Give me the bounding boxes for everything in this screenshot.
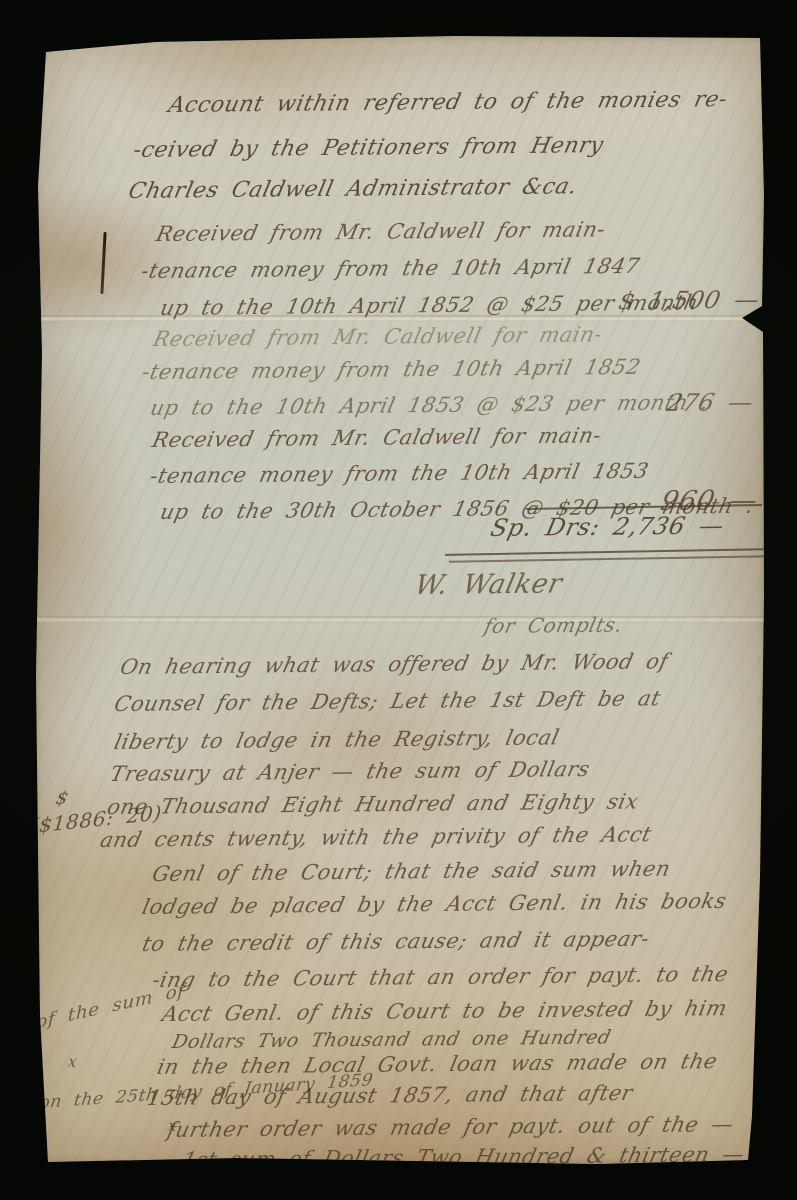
order-line: Counsel for the Defts; Let the 1st Deft … <box>112 686 663 716</box>
order-line: to the credit of this cause; and it appe… <box>140 927 652 956</box>
entry-line: -tenance money from the 10th April 1852 <box>140 355 643 384</box>
signature-role: for Complts. <box>482 613 625 638</box>
total-label: Sp. Drs: <box>488 513 603 542</box>
heading-line: Charles Caldwell Administrator &ca. <box>126 174 579 204</box>
paper-tear <box>100 232 106 294</box>
order-line: -ing to the Court that an order for payt… <box>150 962 731 992</box>
margin-dollar-symbol: $ <box>54 788 71 809</box>
total-rule-bottom <box>445 548 773 556</box>
total-rule-bottom <box>449 555 771 563</box>
total-value: 2,736 — <box>611 512 727 541</box>
order-line: 1st sum of Dollars Two Hundred & thirtee… <box>180 1142 747 1172</box>
heading-line: Account within referred to of the monies… <box>166 87 730 118</box>
order-line: further order was made for payt. out of … <box>165 1112 736 1142</box>
amount-value: 276 — — <box>664 388 795 417</box>
entry-line: Received from Mr. Caldwell for main- <box>150 423 604 452</box>
order-line: liberty to lodge in the Registry, local <box>112 725 562 754</box>
order-line: and cents twenty, with the privity of th… <box>98 822 654 852</box>
insertion-caret-mark: x <box>66 1052 80 1071</box>
amount-value: $ 1,500 — — <box>616 285 797 315</box>
entry-line: Received from Mr. Caldwell for main- <box>154 217 608 246</box>
entry-line: -tenance money from the 10th April 1847 <box>139 254 642 283</box>
entry-line: up to the 10th April 1853 @ $23 per mont… <box>148 390 711 420</box>
order-line: one Thousand Eight Hundred and Eighty si… <box>105 789 641 819</box>
manuscript-page: Account within referred to of the monies… <box>36 36 764 1164</box>
photograph-background: Account within referred to of the monies… <box>0 0 797 1200</box>
entry-line: Received from Mr. Caldwell for main- <box>151 322 605 351</box>
order-line: Treasury at Anjer — the sum of Dollars <box>108 757 592 786</box>
order-line: Genl of the Court; that the said sum whe… <box>150 857 673 886</box>
order-line: lodged be placed by the Acct Genl. in hi… <box>140 889 729 919</box>
order-line: in the then Local Govt. loan was made on… <box>155 1049 720 1079</box>
signature-name: W. Walker <box>412 568 565 601</box>
order-line: Acct Genl. of this Court to be invested … <box>160 996 730 1026</box>
heading-line: -ceived by the Petitioners from Henry <box>131 133 606 163</box>
entry-line: -tenance money from the 10th April 1853 <box>148 459 651 488</box>
total-line: Sp. Drs: 2,736 — <box>488 512 727 542</box>
fold-crease <box>36 616 764 623</box>
order-line: On hearing what was offered by Mr. Wood … <box>118 649 671 679</box>
order-line: Dollars Two Thousand and one Hundred <box>170 1026 613 1053</box>
